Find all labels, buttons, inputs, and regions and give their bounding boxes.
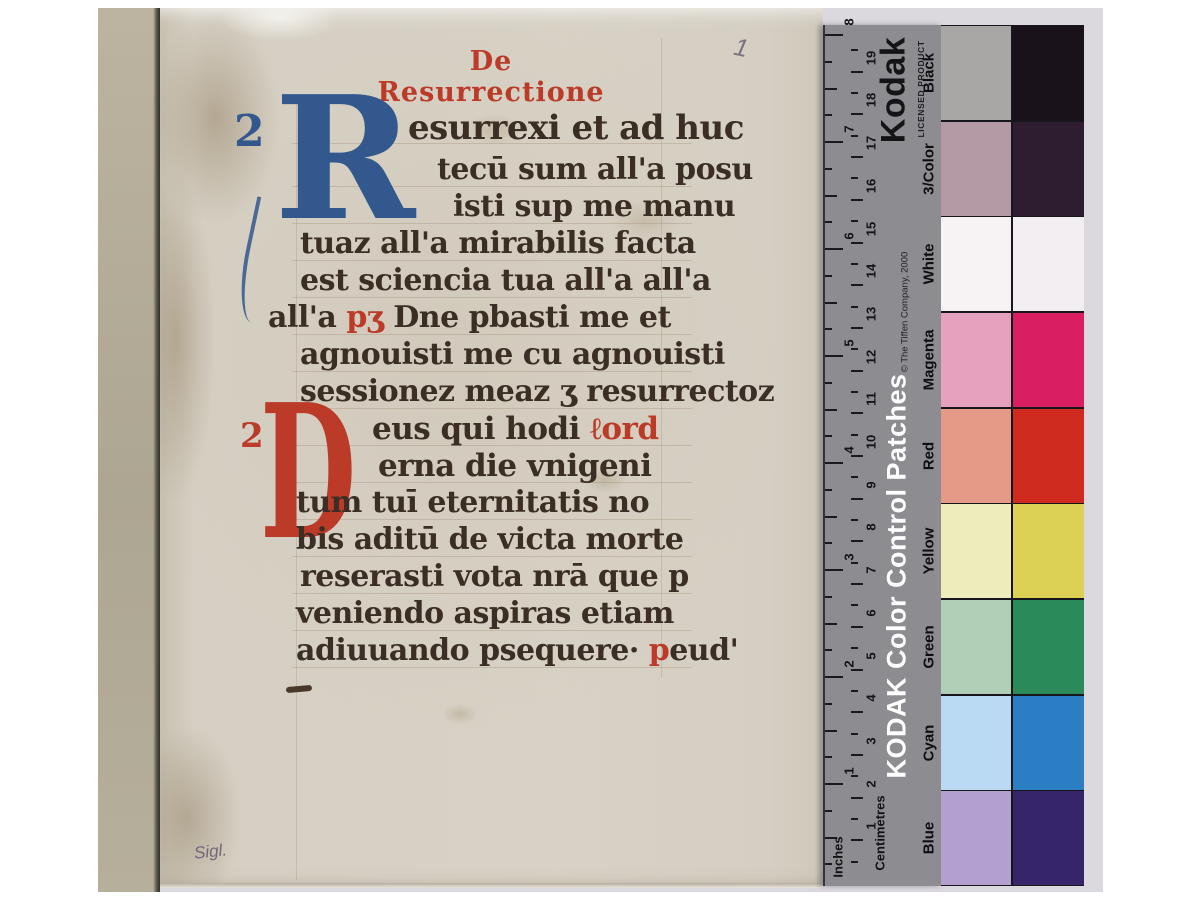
page-bottom-edge bbox=[160, 883, 823, 888]
inch-tick bbox=[825, 88, 837, 90]
cm-tick bbox=[851, 177, 858, 179]
text-segment: agnouisti me cu agnouisti bbox=[300, 337, 725, 372]
ruler-number-inch: 6 bbox=[842, 232, 857, 239]
cm-tick bbox=[851, 839, 863, 841]
patch-black-light bbox=[941, 26, 1011, 120]
cm-tick bbox=[851, 92, 858, 94]
facing-page-edge bbox=[98, 8, 160, 892]
inch-tick bbox=[825, 382, 832, 384]
kodak-color-chart: 1234567812345678910111213141516171819 Ko… bbox=[823, 25, 1084, 886]
inch-tick bbox=[825, 676, 843, 678]
cm-tick bbox=[851, 455, 863, 457]
inch-tick bbox=[825, 195, 837, 197]
text-segment: eus qui hodi bbox=[372, 411, 590, 447]
patch-label: Green bbox=[921, 625, 938, 668]
manuscript-line: sessionez meaz ʒ resurrectoz bbox=[300, 375, 774, 408]
text-segment: p bbox=[649, 633, 669, 668]
inch-tick bbox=[825, 275, 832, 277]
ruler-number-inch: 5 bbox=[842, 339, 857, 346]
inch-tick bbox=[825, 328, 832, 330]
ruler-number-inch: 4 bbox=[842, 446, 857, 453]
patch-label: White bbox=[921, 244, 938, 285]
inch-tick bbox=[825, 221, 832, 223]
cm-tick bbox=[851, 327, 863, 329]
inch-tick bbox=[825, 355, 843, 357]
kodak-gray-bar: 1234567812345678910111213141516171819 Ko… bbox=[823, 25, 943, 886]
patch-white-full bbox=[1013, 217, 1084, 311]
inch-tick bbox=[825, 114, 832, 116]
text-segment: esurrexi et ad huc bbox=[408, 108, 744, 148]
patch-label: 3/Color bbox=[921, 143, 938, 195]
patch-label: Magenta bbox=[921, 329, 938, 390]
manuscript-line: agnouisti me cu agnouisti bbox=[300, 338, 725, 371]
patch-label: Red bbox=[921, 441, 938, 469]
manuscript-line: erna die vnigeni bbox=[378, 449, 651, 483]
text-segment: adiuuando psequere· bbox=[296, 633, 649, 668]
cm-tick bbox=[851, 113, 863, 115]
inch-tick bbox=[825, 141, 843, 143]
manuscript-line: isti sup me manu bbox=[453, 190, 735, 223]
inch-tick bbox=[825, 756, 832, 758]
inch-tick bbox=[825, 810, 832, 812]
text-segment: erna die vnigeni bbox=[378, 448, 651, 484]
text-segment: isti sup me manu bbox=[453, 189, 735, 224]
patch-label: Black bbox=[921, 53, 938, 93]
ruler-number-inch: 7 bbox=[842, 125, 857, 132]
ruler-number-inch: 2 bbox=[842, 660, 857, 667]
kodak-logo: Kodak bbox=[875, 37, 914, 143]
cm-tick bbox=[851, 861, 858, 863]
cm-tick bbox=[851, 647, 858, 649]
patch-green-light bbox=[941, 600, 1011, 694]
patch-3-color-full bbox=[1013, 122, 1084, 216]
manuscript-line: adiuuando psequere· peud' bbox=[296, 634, 738, 667]
cm-tick bbox=[851, 306, 858, 308]
ruler-number-cm: 7 bbox=[864, 566, 879, 573]
centimetres-label: Centimetres bbox=[873, 795, 888, 870]
cm-tick bbox=[851, 540, 863, 542]
manuscript-line: tuaz all'a mirabilis facta bbox=[300, 227, 696, 260]
manuscript-line: est sciencia tua all'a all'a bbox=[300, 264, 711, 297]
folio-number: 1 bbox=[731, 33, 751, 64]
ruler-number-cm: 3 bbox=[864, 737, 879, 744]
cm-tick bbox=[851, 348, 858, 350]
cm-tick bbox=[851, 242, 863, 244]
cm-tick bbox=[851, 775, 858, 777]
ruler-number-cm: 14 bbox=[864, 264, 879, 278]
patch-white-light bbox=[941, 217, 1011, 311]
text-segment: pʒ bbox=[346, 300, 393, 335]
text-segment: tum tuī eternitatis no bbox=[296, 485, 649, 520]
cm-tick bbox=[851, 220, 858, 222]
patch-yellow-full bbox=[1013, 504, 1084, 598]
ruler-number-cm: 2 bbox=[864, 780, 879, 787]
text-segment: bis aditū de victa morte bbox=[296, 522, 683, 557]
cm-tick bbox=[851, 669, 863, 671]
patch-blue-full bbox=[1013, 791, 1084, 885]
cm-tick bbox=[851, 370, 863, 372]
text-segment: reserasti vota nrā que p bbox=[300, 559, 689, 594]
cm-tick bbox=[851, 49, 858, 51]
inch-tick bbox=[825, 569, 843, 571]
inch-tick bbox=[825, 730, 837, 732]
ruler-number-cm: 16 bbox=[864, 179, 879, 193]
cm-tick bbox=[851, 562, 858, 564]
inch-tick bbox=[825, 435, 832, 437]
chart-title: KODAK Color Control Patches bbox=[882, 373, 913, 778]
inch-tick bbox=[825, 168, 832, 170]
text-segment: veniendo aspiras etiam bbox=[296, 596, 674, 631]
ruler-number-cm: 8 bbox=[864, 524, 879, 531]
patch-red-light bbox=[941, 409, 1011, 503]
manuscript-line: all'a pʒ Dne pbasti me et bbox=[268, 301, 671, 334]
patch-cyan-full bbox=[1013, 696, 1084, 790]
cm-tick bbox=[851, 476, 858, 478]
patch-label: Cyan bbox=[921, 724, 938, 761]
patch-label: Yellow bbox=[921, 528, 938, 575]
pencil-inscription: Sigl. bbox=[193, 840, 228, 863]
text-segment: all'a bbox=[268, 300, 346, 335]
inches-label: Inches bbox=[831, 836, 846, 877]
inch-tick bbox=[825, 596, 832, 598]
inch-tick bbox=[825, 516, 837, 518]
manuscript-line: bis aditū de victa morte bbox=[296, 523, 683, 556]
cm-tick bbox=[851, 412, 863, 414]
ruler-number-cm: 5 bbox=[864, 652, 879, 659]
patch-3-color-light bbox=[941, 122, 1011, 216]
color-patches bbox=[941, 25, 1084, 886]
initial-R: R bbox=[274, 74, 415, 244]
ruler-number-cm: 9 bbox=[864, 481, 879, 488]
inch-tick bbox=[825, 409, 837, 411]
manuscript-line: reserasti vota nrā que p bbox=[300, 560, 689, 593]
cm-tick bbox=[851, 754, 863, 756]
manuscript-line: tum tuī eternitatis no bbox=[296, 486, 649, 519]
copyright-label: © The Tiffen Company, 2000 bbox=[900, 252, 911, 373]
cm-tick bbox=[851, 797, 863, 799]
cm-tick bbox=[851, 583, 863, 585]
cm-tick bbox=[851, 818, 858, 820]
cm-tick bbox=[851, 156, 863, 158]
ruler-number-inch: 8 bbox=[842, 18, 857, 25]
inch-tick bbox=[825, 783, 843, 785]
margin-dash bbox=[286, 685, 312, 693]
cm-tick bbox=[851, 71, 863, 73]
inch-tick bbox=[825, 649, 832, 651]
blue-paraph: 2 bbox=[234, 106, 265, 157]
cm-tick bbox=[851, 626, 863, 628]
text-segment: tuaz all'a mirabilis facta bbox=[300, 226, 696, 261]
inch-tick bbox=[825, 34, 843, 36]
ruler-number-cm: 6 bbox=[864, 609, 879, 616]
text-segment: Dne pbasti me et bbox=[393, 300, 671, 335]
patch-green-full bbox=[1013, 600, 1084, 694]
ruler-number-cm: 13 bbox=[864, 307, 879, 321]
cm-tick bbox=[851, 690, 858, 692]
manuscript-line: tecū sum all'a posu bbox=[437, 153, 753, 186]
inch-tick bbox=[825, 61, 832, 63]
text-segment: tecū sum all'a posu bbox=[437, 152, 753, 187]
patch-label: Blue bbox=[921, 822, 938, 855]
inch-tick bbox=[825, 542, 832, 544]
ruler-number-cm: 15 bbox=[864, 221, 879, 235]
ruler-number-inch: 3 bbox=[842, 553, 857, 560]
inch-tick bbox=[825, 489, 832, 491]
ruler-number-cm: 4 bbox=[864, 695, 879, 702]
cm-tick bbox=[851, 135, 858, 137]
cm-tick bbox=[851, 199, 863, 201]
cm-tick bbox=[851, 604, 858, 606]
patch-magenta-full bbox=[1013, 313, 1084, 407]
cm-tick bbox=[851, 263, 858, 265]
ruler-number-cm: 10 bbox=[864, 435, 879, 449]
patch-black-full bbox=[1013, 26, 1084, 120]
ruler-number-cm: 12 bbox=[864, 349, 879, 363]
text-segment: ℓord bbox=[590, 411, 658, 447]
cm-tick bbox=[851, 391, 858, 393]
patch-magenta-light bbox=[941, 313, 1011, 407]
manuscript-line: veniendo aspiras etiam bbox=[296, 597, 674, 630]
ruler-number-cm: 11 bbox=[864, 392, 879, 406]
inch-tick bbox=[825, 302, 837, 304]
cm-tick bbox=[851, 711, 863, 713]
ruler-number-inch: 1 bbox=[842, 767, 857, 774]
inch-tick bbox=[825, 703, 832, 705]
patch-cyan-light bbox=[941, 696, 1011, 790]
patch-blue-light bbox=[941, 791, 1011, 885]
photo-area: De Resurrectione 2 R 2 D esurrexi et ad … bbox=[98, 8, 1103, 892]
cm-tick bbox=[851, 519, 858, 521]
manuscript-page: De Resurrectione 2 R 2 D esurrexi et ad … bbox=[160, 8, 823, 888]
text-segment: sessionez meaz ʒ resurrectoz bbox=[300, 374, 774, 409]
text-segment: est sciencia tua all'a all'a bbox=[300, 263, 711, 298]
manuscript-line: eus qui hodi ℓord bbox=[372, 412, 659, 446]
cm-tick bbox=[851, 498, 863, 500]
text-segment: eud' bbox=[669, 633, 738, 668]
cm-tick bbox=[851, 284, 863, 286]
inch-tick bbox=[825, 623, 837, 625]
cm-tick bbox=[851, 733, 858, 735]
inch-tick bbox=[825, 462, 843, 464]
inch-tick bbox=[825, 248, 843, 250]
patch-yellow-light bbox=[941, 504, 1011, 598]
cm-tick bbox=[851, 434, 858, 436]
manuscript-line: esurrexi et ad huc bbox=[408, 110, 744, 147]
digitization-photo: De Resurrectione 2 R 2 D esurrexi et ad … bbox=[0, 0, 1200, 900]
patch-red-full bbox=[1013, 409, 1084, 503]
